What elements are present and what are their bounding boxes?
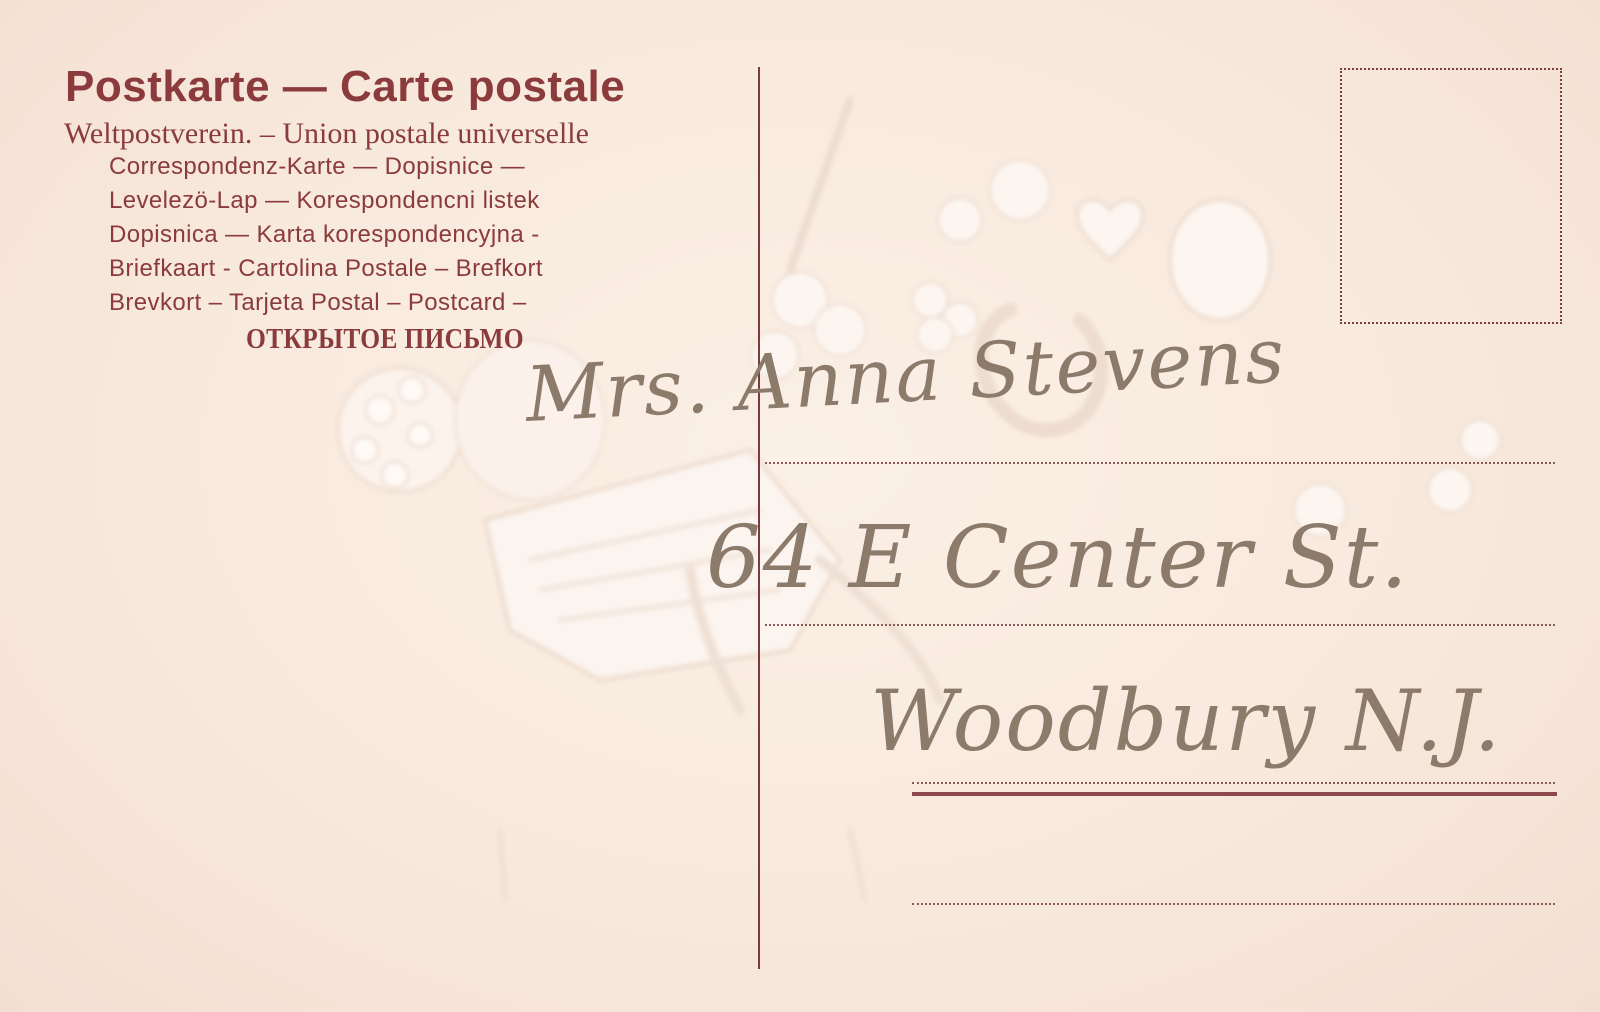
card-subtitle: Weltpostverein. – Union postale universe… xyxy=(64,117,589,151)
address-line-4 xyxy=(912,903,1555,905)
address-recipient: Mrs. Anna Stevens xyxy=(523,310,1288,439)
address-underline xyxy=(912,792,1557,796)
language-line: Brevkort – Tarjeta Postal – Postcard – xyxy=(109,286,543,320)
language-line: Correspondenz-Karte — Dopisnice — xyxy=(109,150,543,184)
card-title: Postkarte — Carte postale xyxy=(65,62,625,112)
language-list: Correspondenz-Karte — Dopisnice — Levele… xyxy=(109,150,543,320)
address-street: 64 E Center St. xyxy=(706,508,1410,608)
address-line-2 xyxy=(765,624,1555,626)
address-city: Woodbury N.J. xyxy=(870,672,1502,770)
russian-title: ОТКРЫТОЕ ПИСЬМО xyxy=(246,323,524,356)
language-line: Levelezö-Lap — Korespondencni listek xyxy=(109,184,543,218)
postcard: Postkarte — Carte postale Weltpostverein… xyxy=(0,0,1600,1012)
language-line: Briefkaart - Cartolina Postale – Brefkor… xyxy=(109,252,543,286)
address-line-3 xyxy=(912,782,1555,784)
address-line-1 xyxy=(765,462,1555,464)
stamp-box xyxy=(1340,68,1562,324)
language-line: Dopisnica — Karta korespondencyjna - xyxy=(109,218,543,252)
